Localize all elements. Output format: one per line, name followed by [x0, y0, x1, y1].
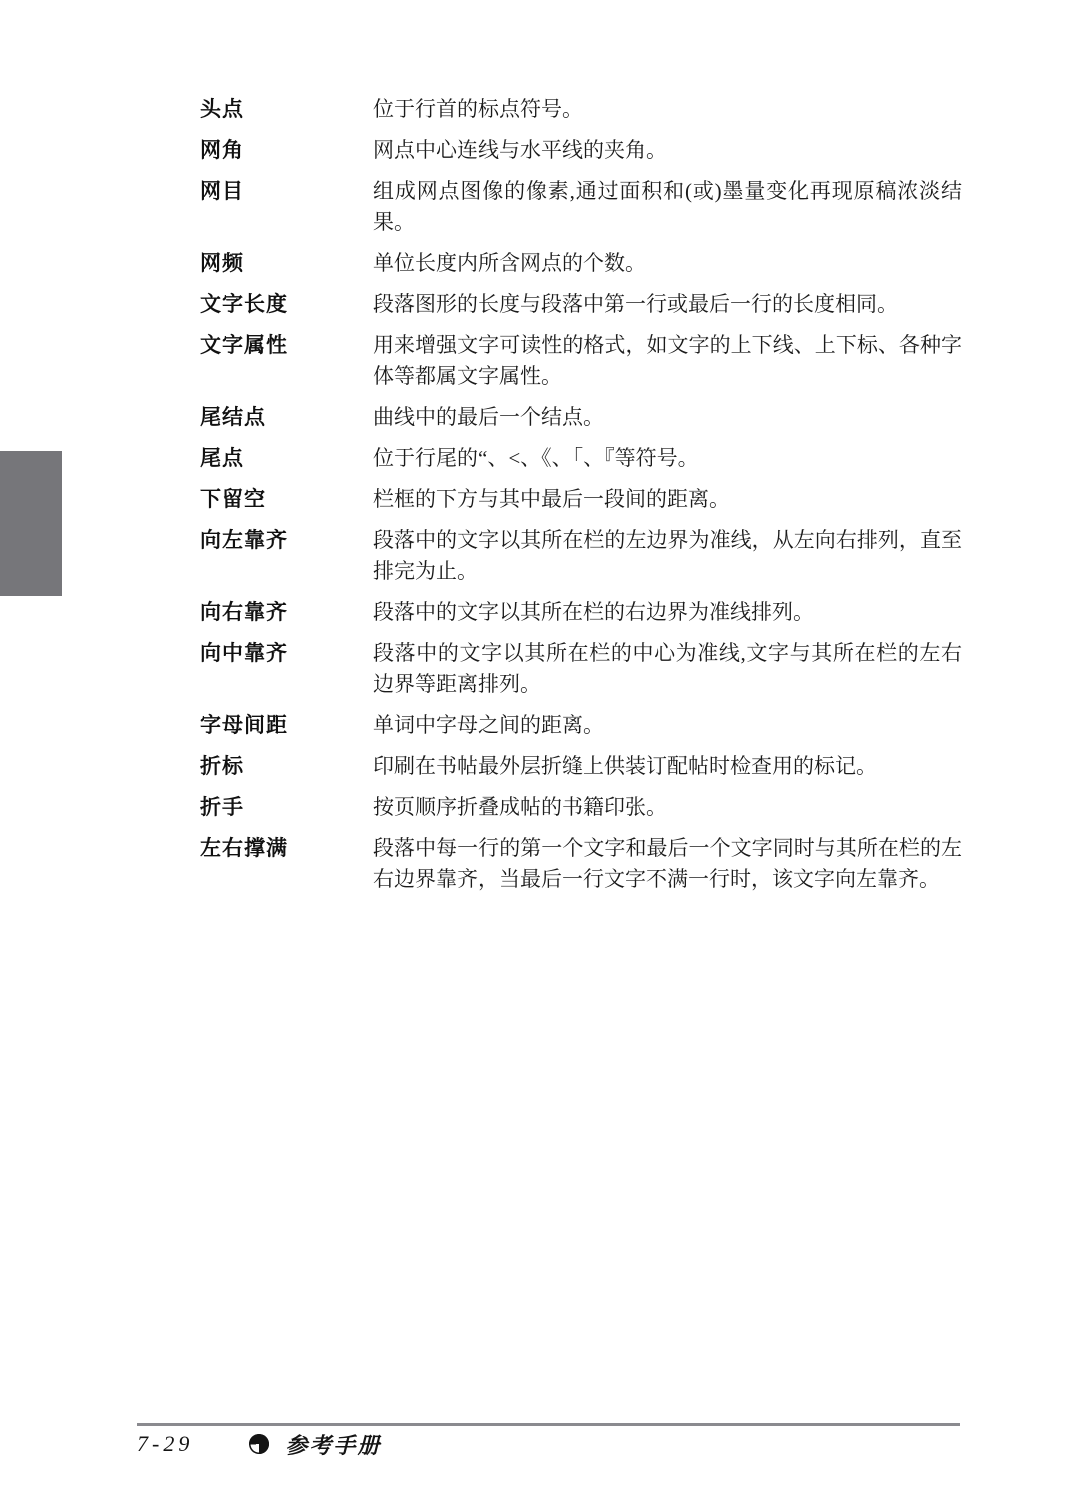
glossary-term: 折手 [200, 792, 373, 823]
glossary-definition: 网点中心连线与水平线的夹角。 [373, 135, 962, 166]
glossary-entry: 网频单位长度内所含网点的个数。 [200, 248, 962, 279]
glossary-entry: 左右撑满段落中每一行的第一个文字和最后一个文字同时与其所在栏的左右边界靠齐，当最… [200, 833, 962, 895]
glossary-term: 向右靠齐 [200, 597, 373, 628]
glossary-term: 尾点 [200, 443, 373, 474]
glossary-term: 向中靠齐 [200, 638, 373, 669]
footer-divider [137, 1423, 960, 1426]
glossary-definition: 单位长度内所含网点的个数。 [373, 248, 962, 279]
glossary-definition: 段落中的文字以其所在栏的中心为准线,文字与其所在栏的左右边界等距离排列。 [373, 638, 962, 700]
glossary-term: 网频 [200, 248, 373, 279]
glossary-definition: 印刷在书帖最外层折缝上供装订配帖时检查用的标记。 [373, 751, 962, 782]
glossary-entry: 网角网点中心连线与水平线的夹角。 [200, 135, 962, 166]
glossary-definition: 段落中的文字以其所在栏的左边界为准线，从左向右排列，直至排完为止。 [373, 525, 962, 587]
page-footer: 7-29 参考手册 [137, 1431, 960, 1457]
glossary-term: 左右撑满 [200, 833, 373, 864]
glossary-term: 字母间距 [200, 710, 373, 741]
glossary-entry: 向中靠齐段落中的文字以其所在栏的中心为准线,文字与其所在栏的左右边界等距离排列。 [200, 638, 962, 700]
glossary-definition: 段落中的文字以其所在栏的右边界为准线排列。 [373, 597, 962, 628]
glossary-entry: 向左靠齐段落中的文字以其所在栏的左边界为准线，从左向右排列，直至排完为止。 [200, 525, 962, 587]
glossary-definition: 位于行尾的“、<、《、「、『等符号。 [373, 443, 962, 474]
glossary-entry: 网目组成网点图像的像素,通过面积和(或)墨量变化再现原稿浓淡结果。 [200, 176, 962, 238]
chapter-thumb-tab [0, 451, 62, 596]
glossary-definition: 曲线中的最后一个结点。 [373, 402, 962, 433]
glossary-term: 尾结点 [200, 402, 373, 433]
glossary-definition: 栏框的下方与其中最后一段间的距离。 [373, 484, 962, 515]
glossary-definition: 单词中字母之间的距离。 [373, 710, 962, 741]
glossary-definition: 用来增强文字可读性的格式，如文字的上下线、上下标、各种字体等都属文字属性。 [373, 330, 962, 392]
glossary-term: 网目 [200, 176, 373, 207]
glossary-term: 网角 [200, 135, 373, 166]
glossary-definition: 组成网点图像的像素,通过面积和(或)墨量变化再现原稿浓淡结果。 [373, 176, 962, 238]
glossary-entry: 下留空栏框的下方与其中最后一段间的距离。 [200, 484, 962, 515]
glossary-definition: 段落图形的长度与段落中第一行或最后一行的长度相同。 [373, 289, 962, 320]
glossary-entry: 向右靠齐段落中的文字以其所在栏的右边界为准线排列。 [200, 597, 962, 628]
glossary-definition: 段落中每一行的第一个文字和最后一个文字同时与其所在栏的左右边界靠齐，当最后一行文… [373, 833, 962, 895]
manual-ball-icon [249, 1434, 269, 1454]
glossary-entry: 文字长度段落图形的长度与段落中第一行或最后一行的长度相同。 [200, 289, 962, 320]
manual-page: 头点位于行首的标点符号。网角网点中心连线与水平线的夹角。网目组成网点图像的像素,… [0, 0, 1073, 1488]
glossary-term: 头点 [200, 94, 373, 125]
glossary-term: 下留空 [200, 484, 373, 515]
glossary-entry: 尾点位于行尾的“、<、《、「、『等符号。 [200, 443, 962, 474]
glossary-definition: 按页顺序折叠成帖的书籍印张。 [373, 792, 962, 823]
glossary-list: 头点位于行首的标点符号。网角网点中心连线与水平线的夹角。网目组成网点图像的像素,… [200, 94, 962, 905]
glossary-entry: 折标印刷在书帖最外层折缝上供装订配帖时检查用的标记。 [200, 751, 962, 782]
glossary-term: 向左靠齐 [200, 525, 373, 556]
page-number: 7-29 [137, 1431, 193, 1457]
glossary-term: 文字长度 [200, 289, 373, 320]
glossary-entry: 字母间距单词中字母之间的距离。 [200, 710, 962, 741]
glossary-entry: 头点位于行首的标点符号。 [200, 94, 962, 125]
manual-title: 参考手册 [285, 1429, 381, 1460]
glossary-entry: 文字属性用来增强文字可读性的格式，如文字的上下线、上下标、各种字体等都属文字属性… [200, 330, 962, 392]
glossary-term: 折标 [200, 751, 373, 782]
glossary-entry: 尾结点曲线中的最后一个结点。 [200, 402, 962, 433]
glossary-entry: 折手按页顺序折叠成帖的书籍印张。 [200, 792, 962, 823]
glossary-term: 文字属性 [200, 330, 373, 361]
glossary-definition: 位于行首的标点符号。 [373, 94, 962, 125]
